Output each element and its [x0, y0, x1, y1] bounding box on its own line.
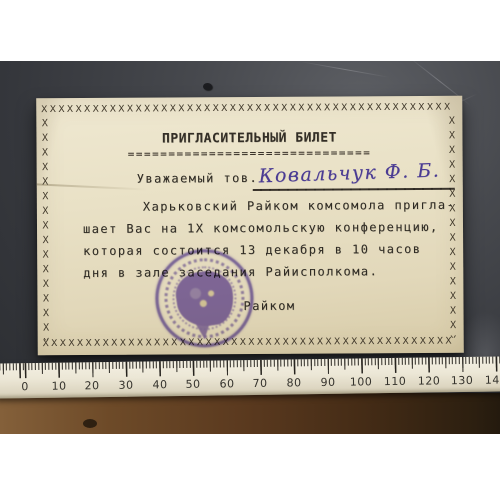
- body-line: шает Вас на 1Х комсомольскую конференцию…: [83, 220, 439, 236]
- debris-speck: [203, 83, 212, 90]
- photo-area: XXXXXXXXXXXXXXXXXXXXXXXXXXXXXXXXXXXXXXXX…: [0, 61, 500, 434]
- ruler-label: 10: [52, 380, 67, 393]
- ruler-label: 40: [153, 378, 168, 391]
- typed-x-border-top: XXXXXXXXXXXXXXXXXXXXXXXXXXXXXXXXXXXXXXXX…: [41, 102, 457, 115]
- ruler-label: 20: [85, 379, 100, 392]
- surface-scratch: [301, 61, 390, 78]
- body-line: Харьковский Райком комсомола пригла-: [143, 198, 455, 214]
- ruler-label: 0: [21, 380, 29, 393]
- recipient-name-handwritten: Ковальчук Ф. Б.: [258, 159, 440, 187]
- ruler-label: 50: [185, 378, 200, 391]
- document-title: ПРИГЛАСИТЕЛЬНЫЙ БИЛЕТ: [36, 130, 462, 148]
- ruler-label: 70: [252, 377, 267, 390]
- recipient-name-underline: [253, 188, 455, 191]
- title-underline: ==============================: [37, 147, 463, 160]
- ruler-label: 130: [451, 374, 474, 387]
- ruler-label: 100: [350, 375, 373, 388]
- millimeter-ruler: 0 10 20 30 40 50 60 70 80 90 100 110 120…: [0, 356, 500, 398]
- komsomol-round-stamp: [155, 249, 254, 348]
- invitation-card: XXXXXXXXXXXXXXXXXXXXXXXXXXXXXXXXXXXXXXXX…: [36, 96, 464, 356]
- ruler-label: 110: [384, 375, 407, 388]
- ruler-label: 90: [320, 376, 335, 389]
- photo-of-invitation-card: XXXXXXXXXXXXXXXXXXXXXXXXXXXXXXXXXXXXXXXX…: [0, 0, 500, 500]
- wooden-table-edge: [0, 393, 500, 434]
- ruler-label: 30: [119, 379, 134, 392]
- ruler-label: 60: [219, 377, 234, 390]
- paper-crease: [37, 183, 147, 190]
- ruler-label: 120: [418, 374, 441, 387]
- ruler-label: 140: [485, 373, 500, 386]
- salutation-text: Уважаемый тов.: [137, 171, 259, 186]
- ruler-label: 80: [286, 376, 301, 389]
